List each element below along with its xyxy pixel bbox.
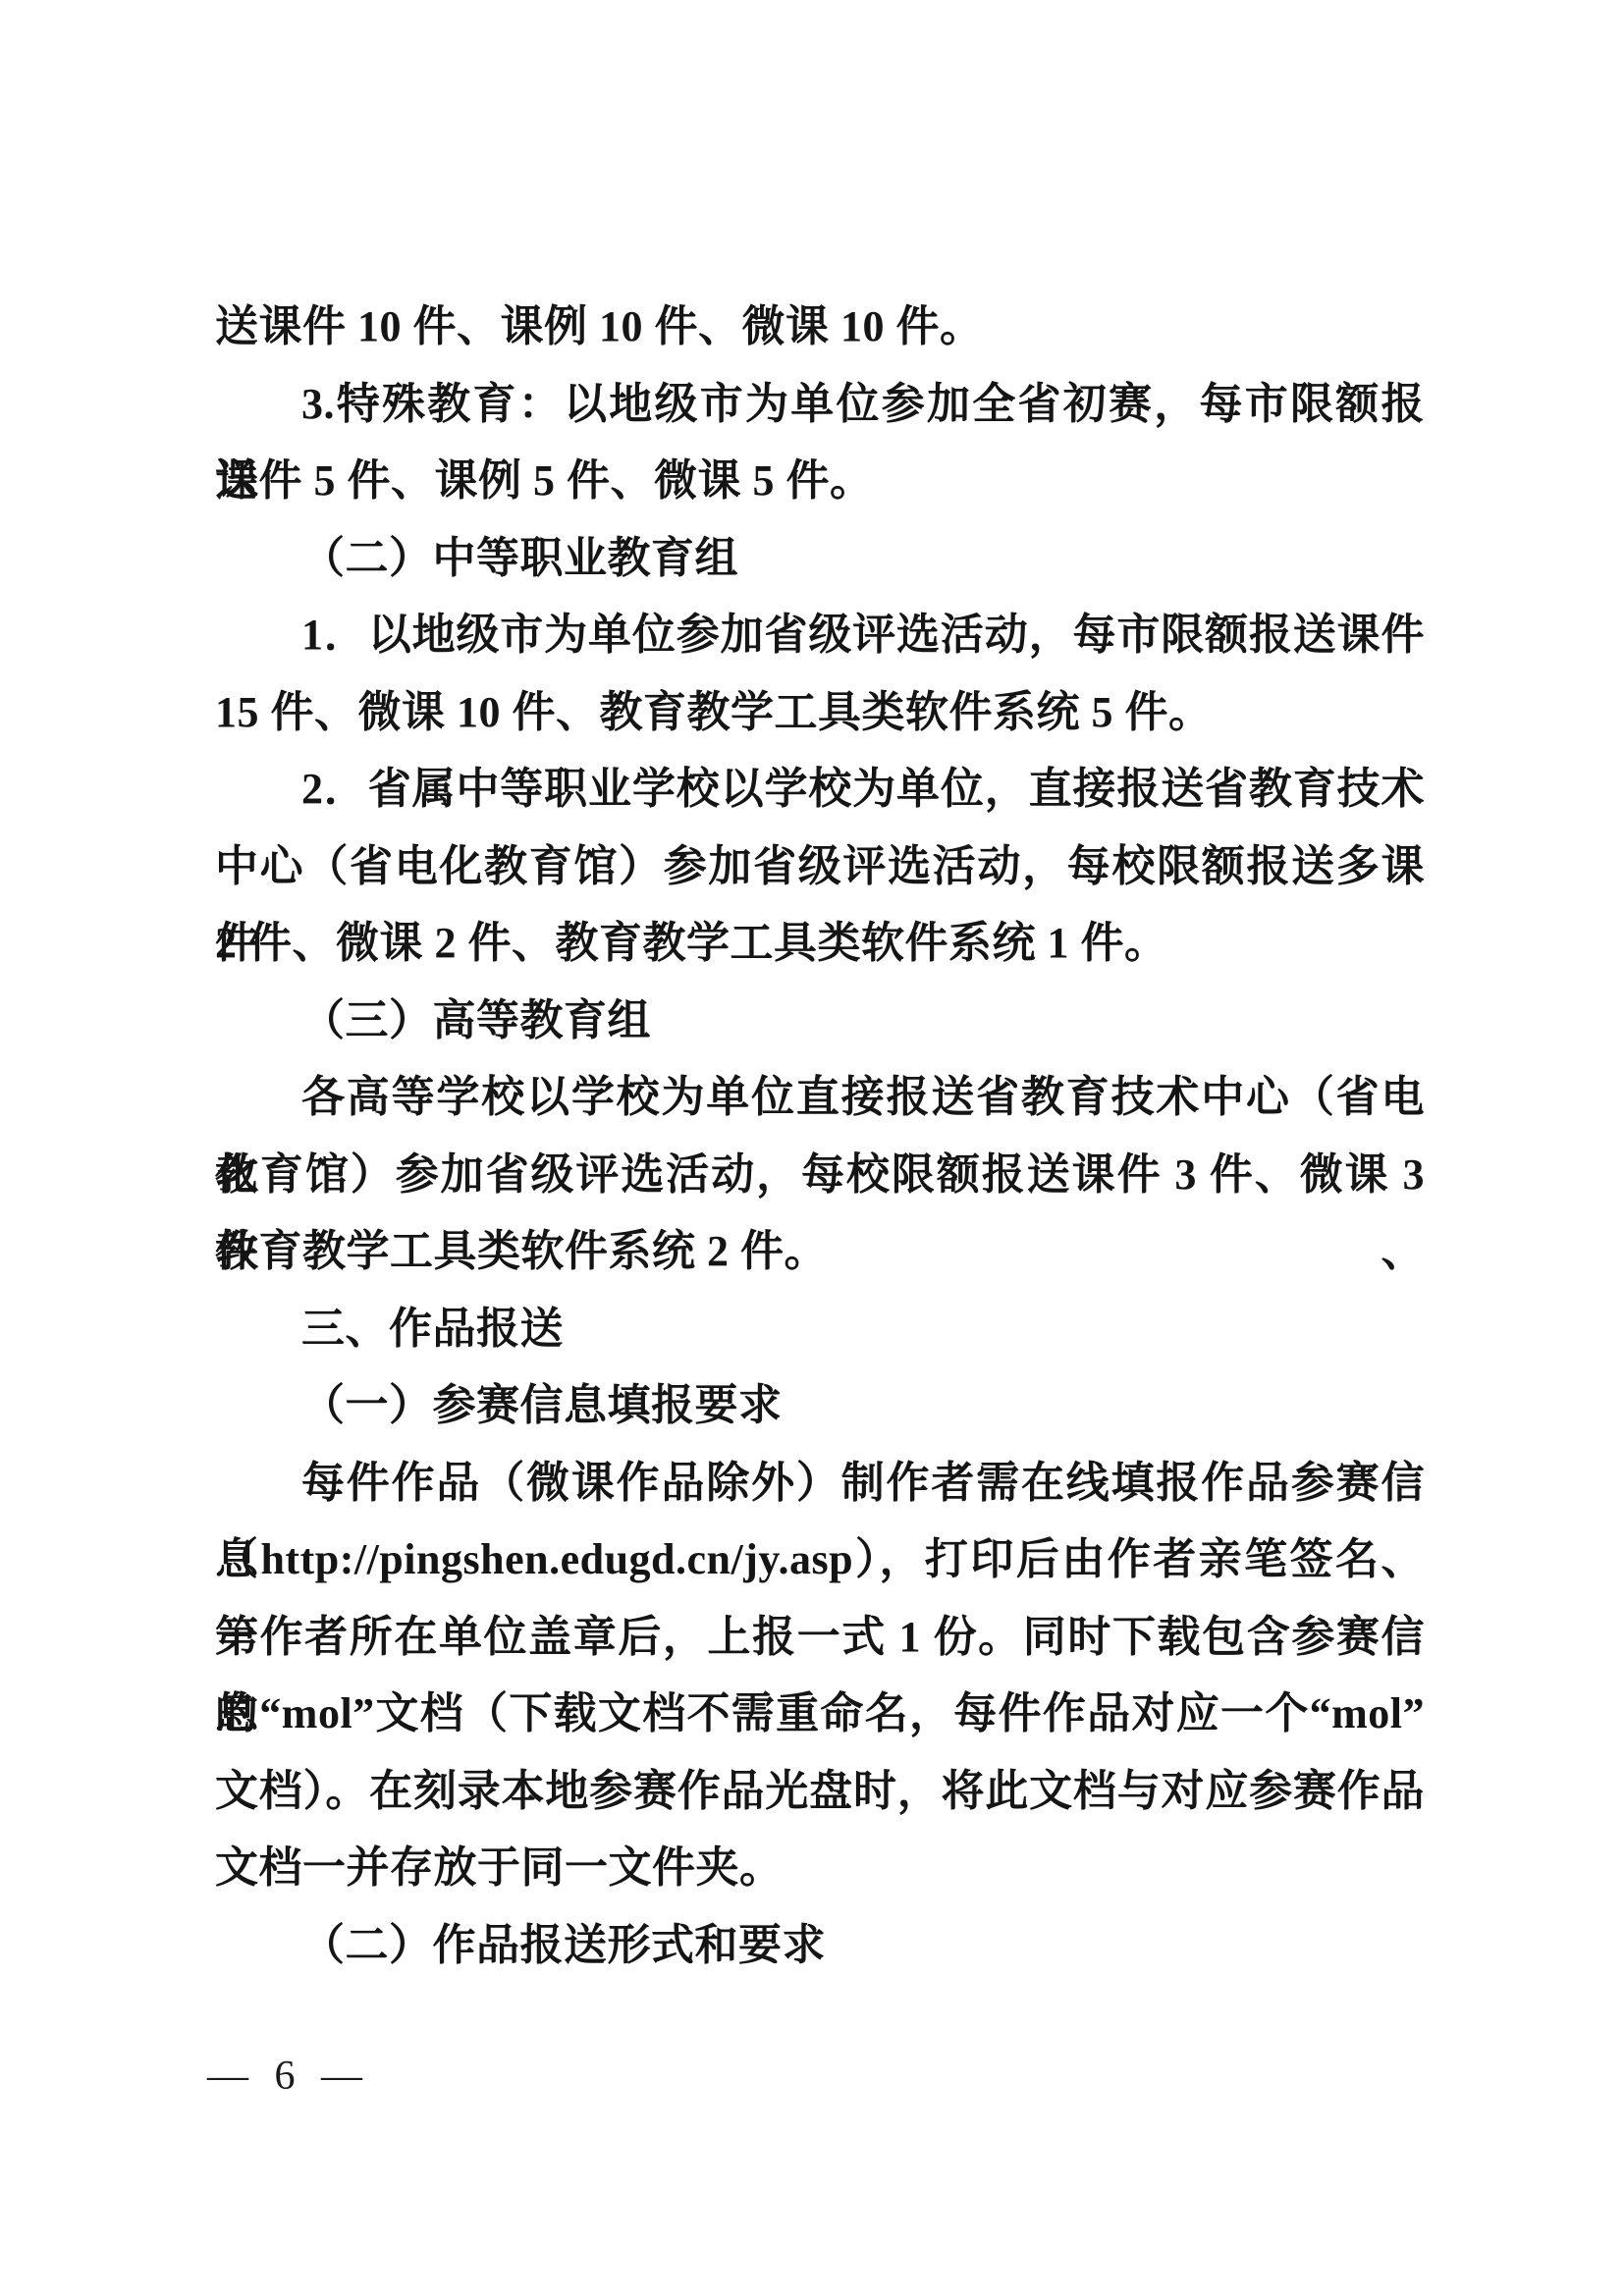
text-line: （二）作品报送形式和要求 (215, 1907, 1425, 1985)
text-line: 文档）。在刻录本地参赛作品光盘时，将此文档与对应参赛作品 (215, 1753, 1425, 1831)
text-line: 文档一并存放于同一文件夹。 (215, 1830, 1425, 1907)
text-line: 3.特殊教育：以地级市为单位参加全省初赛，每市限额报送 (215, 366, 1425, 444)
text-line: 2．省属中等职业学校以学校为单位，直接报送省教育技术 (215, 751, 1425, 828)
text-line: （二）中等职业教育组 (215, 520, 1425, 598)
document-body: 送课件 10 件、课例 10 件、微课 10 件。3.特殊教育：以地级市为单位参… (215, 289, 1425, 1984)
text-line: 一作者所在单位盖章后，上报一式 1 份。同时下载包含参赛信息 (215, 1599, 1425, 1677)
text-line: 送课件 10 件、课例 10 件、微课 10 件。 (215, 289, 1425, 366)
text-line: 三、作品报送 (215, 1291, 1425, 1368)
text-line: 15 件、微课 10 件、教育教学工具类软件系统 5 件。 (215, 674, 1425, 752)
text-line: （http://pingshen.edugd.cn/jy.asp），打印后由作者… (215, 1522, 1425, 1599)
text-line: 的“mol”文档（下载文档不需重命名，每件作品对应一个“mol” (215, 1676, 1425, 1753)
text-line: 每件作品（微课作品除外）制作者需在线填报作品参赛信息 (215, 1445, 1425, 1522)
text-line: 教育馆）参加省级评选活动，每校限额报送课件 3 件、微课 3 件、 (215, 1137, 1425, 1214)
page-number: — 6 — (207, 2038, 370, 2114)
text-line: 中心（省电化教育馆）参加省级评选活动，每校限额报送多课件 (215, 828, 1425, 906)
document-page: 送课件 10 件、课例 10 件、微课 10 件。3.特殊教育：以地级市为单位参… (0, 0, 1624, 2296)
text-line: 课件 5 件、课例 5 件、微课 5 件。 (215, 443, 1425, 520)
text-line: 各高等学校以学校为单位直接报送省教育技术中心（省电化 (215, 1059, 1425, 1137)
text-line: （一）参赛信息填报要求 (215, 1367, 1425, 1445)
text-line: 2 件、微课 2 件、教育教学工具类软件系统 1 件。 (215, 905, 1425, 983)
text-line: （三）高等教育组 (215, 983, 1425, 1060)
text-line: 1．以地级市为单位参加省级评选活动，每市限额报送课件 (215, 597, 1425, 674)
